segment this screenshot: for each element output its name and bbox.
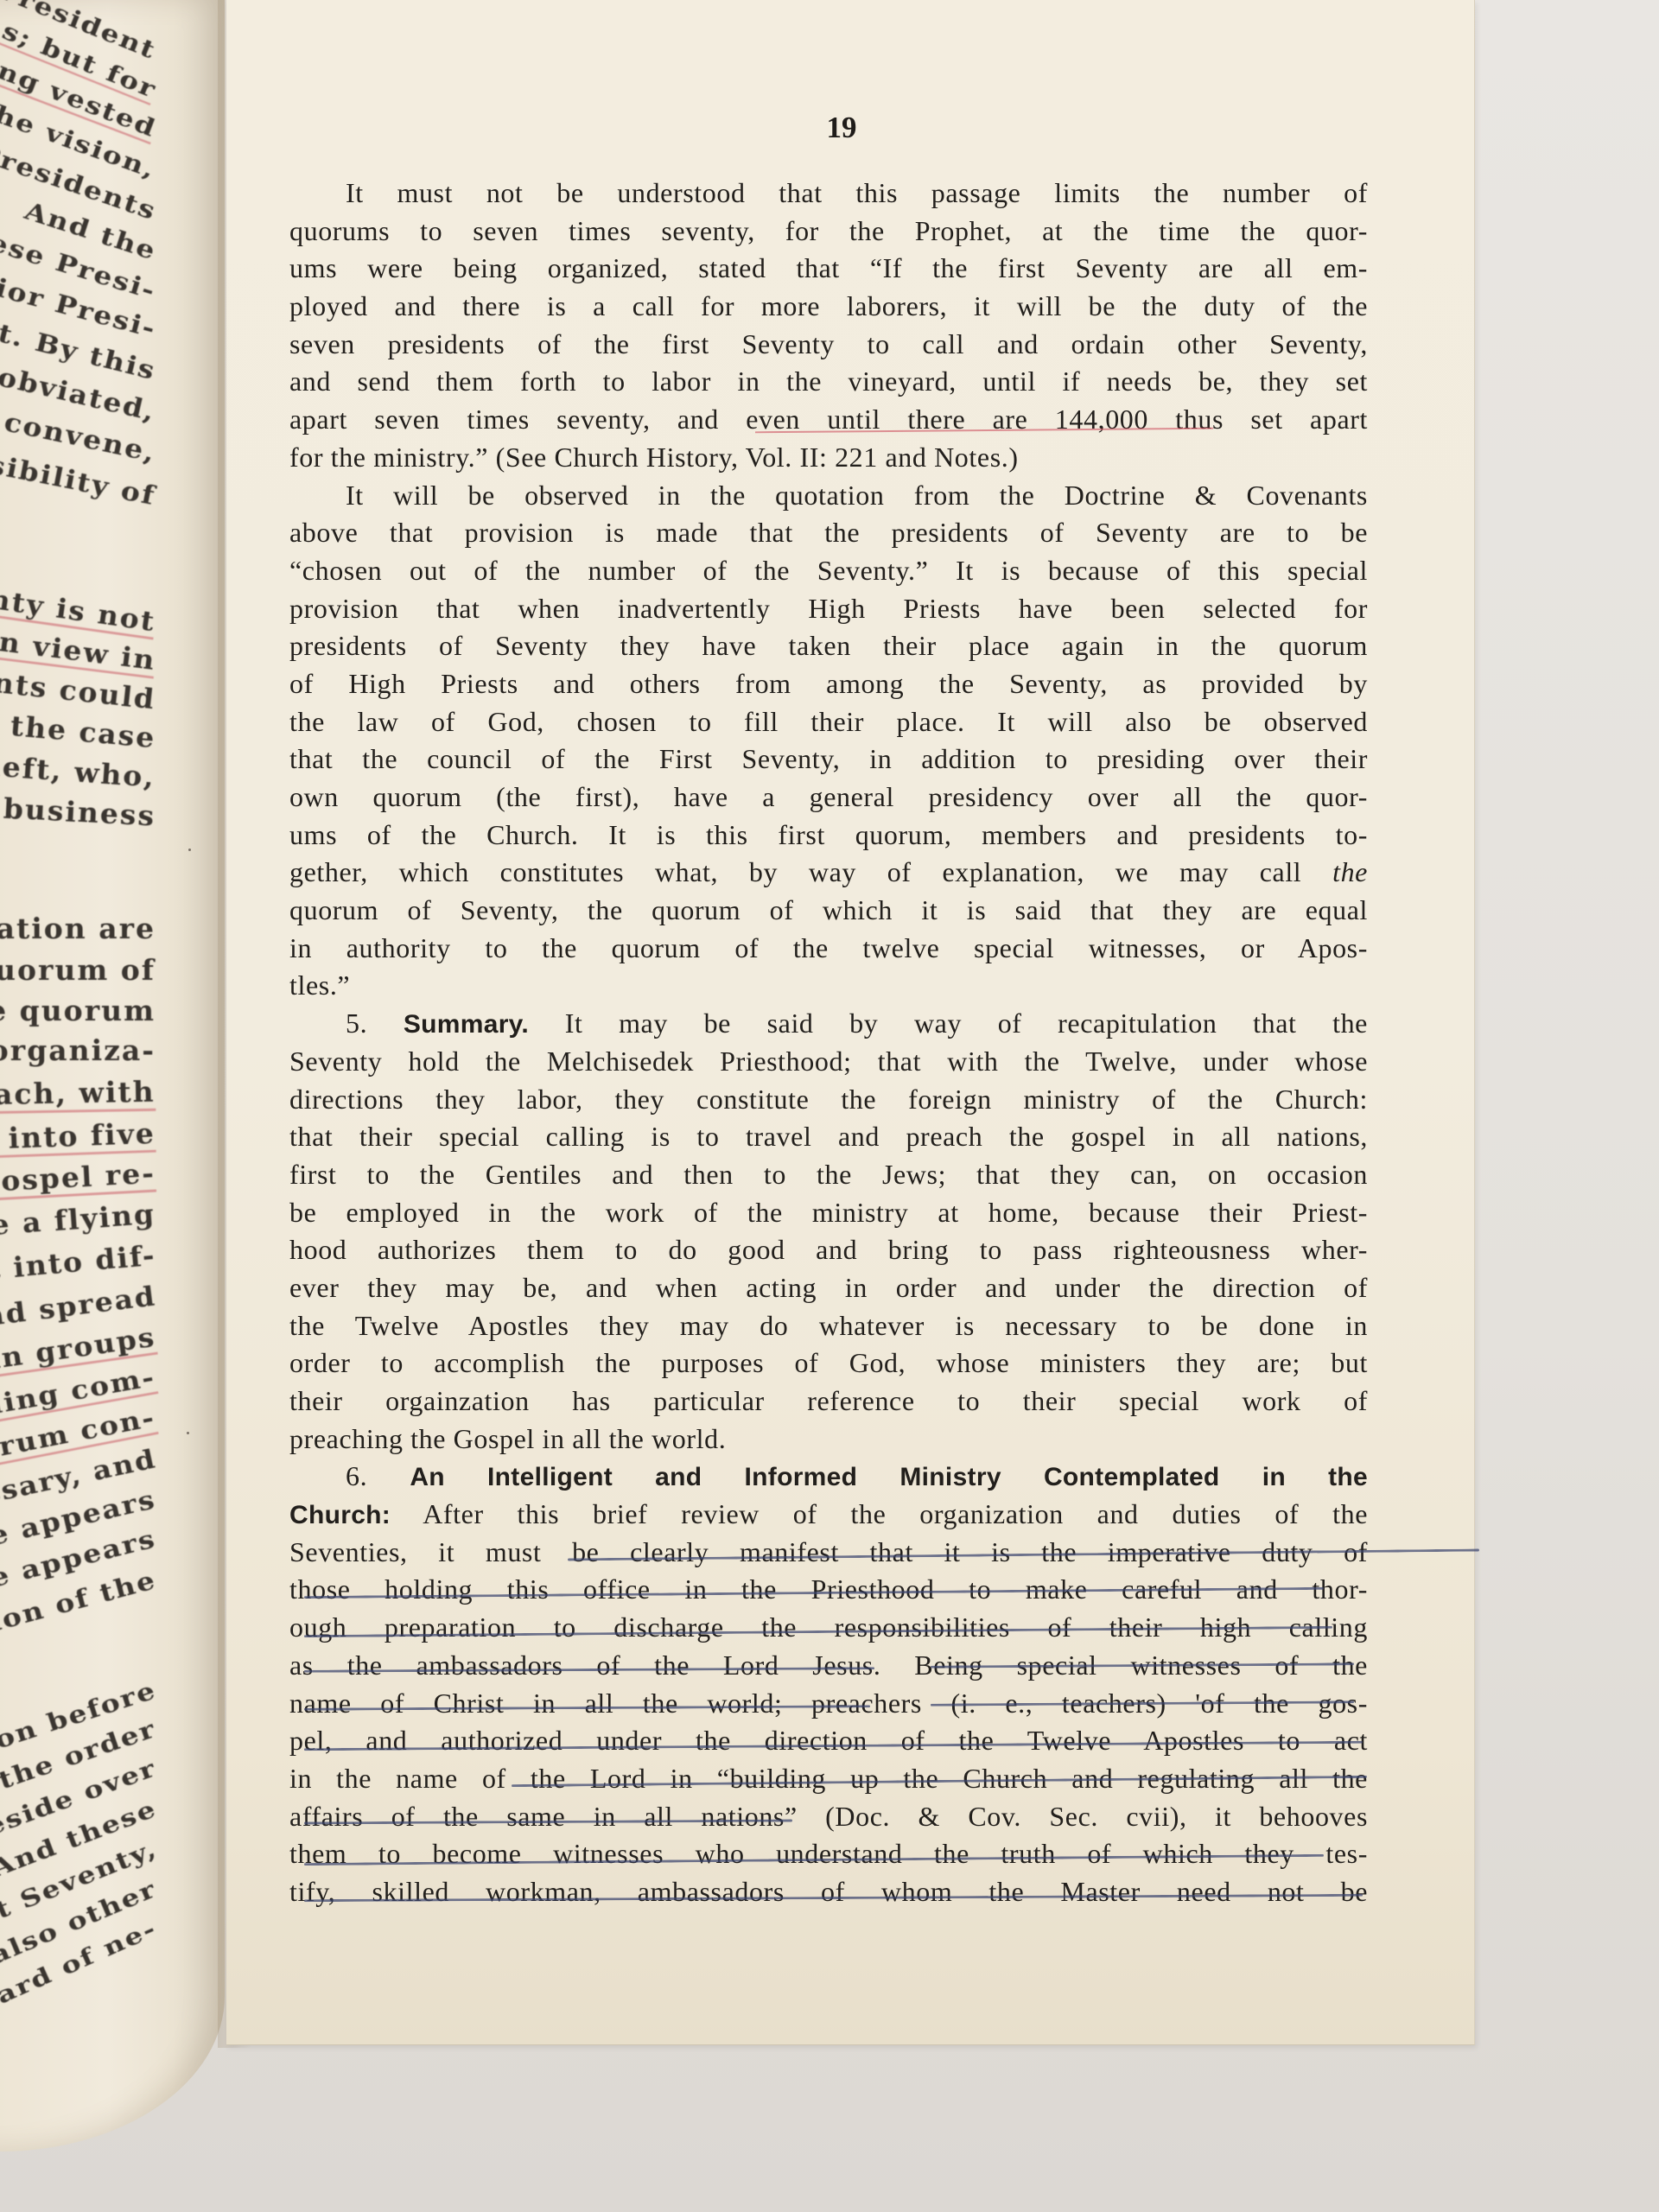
pen-mark xyxy=(158,2110,179,2133)
text-line: of High Priests and others from among th… xyxy=(289,665,1368,703)
text-line: order to accomplish the purposes of God,… xyxy=(289,1344,1368,1382)
text-line: ever they may be, and when acting in ord… xyxy=(289,1269,1368,1307)
text-line: gether, which constitutes what, by way o… xyxy=(289,854,1368,892)
text-line: quorum of Seventy, the quorum of which i… xyxy=(289,892,1368,930)
text-line: tify, skilled workman, ambassadors of wh… xyxy=(289,1873,1368,1911)
text-line: “chosen out of the number of the Seventy… xyxy=(289,552,1368,590)
left-page-line: p into five xyxy=(0,1116,156,1159)
text-line: above that provision is made that the pr… xyxy=(289,514,1368,552)
text-line: that the council of the First Seventy, i… xyxy=(289,741,1368,779)
text-line: first to the Gentiles and then to the Je… xyxy=(289,1156,1368,1194)
left-page-line: ization are xyxy=(0,912,156,945)
text-run: It may be said by way of recapitulation … xyxy=(565,1007,1368,1039)
body-text: It must not be understood that this pass… xyxy=(289,175,1368,1911)
paper-speck xyxy=(187,1432,189,1434)
text-run: gether, which constitutes what, by way o… xyxy=(289,856,1332,887)
left-facing-page: Presidents; but forng vestedthe vision,P… xyxy=(0,0,225,2152)
text-line: ums were being organized, stated that “I… xyxy=(289,250,1368,288)
section-heading: An Intelligent and Informed Ministry Con… xyxy=(410,1463,1368,1491)
text-line: their orgainzation has particular refere… xyxy=(289,1382,1368,1421)
text-line: hood authorizes them to do good and brin… xyxy=(289,1231,1368,1269)
text-line: Church: After this brief review of the o… xyxy=(289,1496,1368,1534)
right-page: 19 It must not be understood that this p… xyxy=(226,0,1475,2045)
text-line: presidents of Seventy they have taken th… xyxy=(289,627,1368,665)
paper-speck xyxy=(188,849,191,851)
left-page-line: e a flying xyxy=(0,1198,156,1242)
left-page-line: organiza- xyxy=(0,1033,156,1067)
text-line: and send them forth to labor in the vine… xyxy=(289,363,1368,401)
text-line: Seventy hold the Melchisedek Priesthood;… xyxy=(289,1043,1368,1081)
text-line: in authority to the quorum of the twelve… xyxy=(289,930,1368,968)
text-line: be employed in the work of the ministry … xyxy=(289,1194,1368,1232)
section-number: 5. xyxy=(346,1007,367,1039)
left-page-line: of business xyxy=(0,789,156,832)
text-line: the law of God, chosen to fill their pla… xyxy=(289,703,1368,741)
italic-emphasis: the xyxy=(1332,856,1368,887)
text-line: provision that when inadvertently High P… xyxy=(289,590,1368,628)
text-line: tles.” xyxy=(289,967,1368,1005)
text-line: 6. An Intelligent and Informed Ministry … xyxy=(289,1458,1368,1496)
text-line: It must not be understood that this pass… xyxy=(289,175,1368,213)
section-heading: Summary. xyxy=(404,1010,529,1039)
text-line: that their special calling is to travel … xyxy=(289,1118,1368,1156)
text-line: apart seven times seventy, and even unti… xyxy=(289,401,1368,439)
text-line: 5. Summary. It may be said by way of rec… xyxy=(289,1005,1368,1043)
text-line: It will be observed in the quotation fro… xyxy=(289,477,1368,515)
text-run: After this brief review of the organizat… xyxy=(423,1498,1368,1529)
text-line: the Twelve Apostles they may do whatever… xyxy=(289,1307,1368,1345)
section-number: 6. xyxy=(346,1460,367,1491)
text-line: preaching the Gospel in all the world. xyxy=(289,1421,1368,1459)
left-page-line: gospel re- xyxy=(0,1157,156,1202)
left-page-line: each, with xyxy=(0,1075,156,1114)
left-page-line: quorum of xyxy=(0,953,156,987)
section-heading: Church: xyxy=(289,1501,391,1529)
left-page-line: nt into dif- xyxy=(0,1239,157,1288)
page-number: 19 xyxy=(218,111,1465,145)
text-line: own quorum (the first), have a general p… xyxy=(289,779,1368,817)
text-line: quorums to seven times seventy, for the … xyxy=(289,213,1368,251)
left-page-line: e the case xyxy=(0,707,157,754)
text-line: for the ministry.” (See Church History, … xyxy=(289,439,1368,477)
text-line: ums of the Church. It is this first quor… xyxy=(289,817,1368,855)
text-line: seven presidents of the first Seventy to… xyxy=(289,326,1368,364)
text-line: affairs of the same in all nations” (Doc… xyxy=(289,1798,1368,1836)
left-page-line: he quorum xyxy=(0,994,156,1027)
text-line: directions they labor, they constitute t… xyxy=(289,1081,1368,1119)
left-page-line: left, who, xyxy=(0,749,156,793)
text-line: ployed and there is a call for more labo… xyxy=(289,288,1368,326)
